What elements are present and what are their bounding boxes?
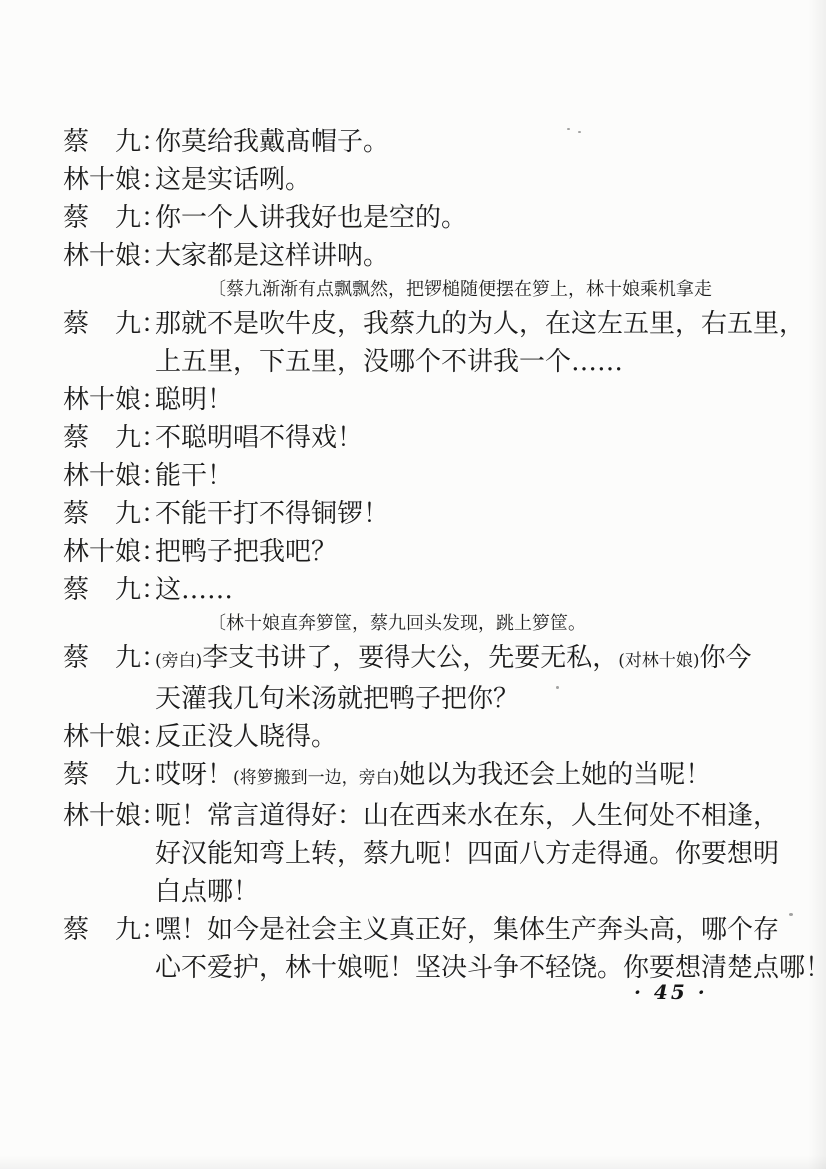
speaker-name: 蔡 九： xyxy=(63,123,167,161)
dialogue-turn: 蔡 九：哎呀！(将箩搬到一边，旁白)她以为我还会上她的当呢！ xyxy=(63,756,777,797)
line-rows: 大家都是这样讲呐。 xyxy=(155,237,777,275)
speech-text: 〔蔡九渐渐有点飘飘然，把锣槌随便摆在箩上，林十娘乘机拿走 xyxy=(208,279,712,300)
speaker-name: 蔡 九： xyxy=(63,911,167,949)
dialogue-text: 那就不是吹牛皮，我蔡九的为人，在这左五里，右五里， xyxy=(155,305,777,343)
dialogue-text: 天灌我几句米汤就把鸭子把你？ xyxy=(155,680,777,718)
dialogue-text: 好汉能知弯上转，蔡九呃！四面八方走得通。你要想明 xyxy=(155,835,777,873)
speech-text: 反正没人晓得。 xyxy=(155,722,337,752)
dialogue-text: 上五里，下五里，没哪个不讲我一个…… xyxy=(155,343,777,381)
line-rows: 那就不是吹牛皮，我蔡九的为人，在这左五里，右五里，上五里，下五里，没哪个不讲我一… xyxy=(155,305,777,381)
dialogue-text: 这…… xyxy=(155,571,777,609)
line-rows: 聪明！ xyxy=(155,381,777,419)
line-rows: 〔林十娘直奔箩筐，蔡九回头发现，跳上箩筐。 xyxy=(208,611,777,637)
dialogue-turn: 林十娘：大家都是这样讲呐。 xyxy=(63,237,777,275)
dialogue-text: 嘿！如今是社会主义真正好，集体生产奔头高，哪个存 xyxy=(155,911,777,949)
dialogue-turn: 林十娘：呃！常言道得好：山在西来水在东，人生何处不相逢，好汉能知弯上转，蔡九呃！… xyxy=(63,797,777,911)
speaker-name: 蔡 九： xyxy=(63,419,167,457)
dialogue-turn: 蔡 九：这…… xyxy=(63,571,777,609)
dialogue-turn: 蔡 九：(旁白)李支书讲了，要得大公，先要无私，(对林十娘)你今天灌我几句米汤就… xyxy=(63,639,777,718)
scan-speck xyxy=(578,131,581,133)
speech-text: 不能干打不得铜锣！ xyxy=(155,499,389,529)
speaker-name: 蔡 九： xyxy=(63,495,167,533)
dialogue-text: 能干！ xyxy=(155,457,777,495)
speaker-name: 林十娘： xyxy=(63,381,167,419)
line-rows: 你一个人讲我好也是空的。 xyxy=(155,199,777,237)
stage-direction: 〔林十娘直奔箩筐，蔡九回头发现，跳上箩筐。 xyxy=(208,611,777,637)
speech-text: 〔林十娘直奔箩筐，蔡九回头发现，跳上箩筐。 xyxy=(208,613,586,634)
dialogue-text: 哎呀！(将箩搬到一边，旁白)她以为我还会上她的当呢！ xyxy=(155,756,777,797)
line-rows: 嘿！如今是社会主义真正好，集体生产奔头高，哪个存心不爱护，林十娘呃！坚决斗争不轻… xyxy=(155,911,777,987)
dialogue-turn: 林十娘：能干！ xyxy=(63,457,777,495)
speech-text: 那就不是吹牛皮，我蔡九的为人，在这左五里，右五里， xyxy=(155,309,805,339)
dialogue-text: 你一个人讲我好也是空的。 xyxy=(155,199,777,237)
scan-speck xyxy=(789,913,793,916)
dialogue-text: (旁白)李支书讲了，要得大公，先要无私，(对林十娘)你今 xyxy=(155,639,777,680)
speech-text: 这是实话咧。 xyxy=(155,165,311,195)
inline-stage-note: (将箩搬到一边，旁白) xyxy=(233,768,399,788)
speech-text: 你莫给我戴髙帽子。 xyxy=(155,127,389,157)
page-number: · 45 · xyxy=(634,980,708,1004)
line-rows: 这是实话咧。 xyxy=(155,161,777,199)
speech-text: 大家都是这样讲呐。 xyxy=(155,241,389,271)
speech-text: 你一个人讲我好也是空的。 xyxy=(155,203,467,233)
scanned-page: 蔡 九：你莫给我戴髙帽子。林十娘：这是实话咧。蔡 九：你一个人讲我好也是空的。林… xyxy=(0,0,826,1169)
dialogue-text: 不聪明唱不得戏！ xyxy=(155,419,777,457)
speech-text: 她以为我还会上她的当呢！ xyxy=(399,760,711,790)
speaker-name: 林十娘： xyxy=(63,237,167,275)
speaker-name: 蔡 九： xyxy=(63,756,167,794)
dialogue-text: 不能干打不得铜锣！ xyxy=(155,495,777,533)
dialogue-turn: 蔡 九：不能干打不得铜锣！ xyxy=(63,495,777,533)
dialogue-turn: 蔡 九：嘿！如今是社会主义真正好，集体生产奔头高，哪个存心不爱护，林十娘呃！坚决… xyxy=(63,911,777,987)
speech-text: 李支书讲了，要得大公，先要无私， xyxy=(202,643,618,673)
speaker-name: 林十娘： xyxy=(63,533,167,571)
script-body: 蔡 九：你莫给我戴髙帽子。林十娘：这是实话咧。蔡 九：你一个人讲我好也是空的。林… xyxy=(63,123,777,987)
line-rows: 〔蔡九渐渐有点飘飘然，把锣槌随便摆在箩上，林十娘乘机拿走 xyxy=(208,277,777,303)
speech-text: 天灌我几句米汤就把鸭子把你？ xyxy=(155,684,519,714)
dialogue-turn: 蔡 九：你莫给我戴髙帽子。 xyxy=(63,123,777,161)
dialogue-turn: 蔡 九：不聪明唱不得戏！ xyxy=(63,419,777,457)
dialogue-turn: 林十娘：反正没人晓得。 xyxy=(63,718,777,756)
line-rows: 你莫给我戴髙帽子。 xyxy=(155,123,777,161)
dialogue-turn: 林十娘：这是实话咧。 xyxy=(63,161,777,199)
speech-text: 呃！常言道得好：山在西来水在东，人生何处不相逢， xyxy=(155,801,779,831)
dialogue-text: 反正没人晓得。 xyxy=(155,718,777,756)
dialogue-turn: 林十娘：聪明！ xyxy=(63,381,777,419)
line-rows: 反正没人晓得。 xyxy=(155,718,777,756)
line-rows: 不能干打不得铜锣！ xyxy=(155,495,777,533)
speaker-name: 蔡 九： xyxy=(63,639,167,677)
dialogue-text: 白点哪！ xyxy=(155,873,777,911)
line-rows: (旁白)李支书讲了，要得大公，先要无私，(对林十娘)你今天灌我几句米汤就把鸭子把… xyxy=(155,639,777,718)
dialogue-text: 聪明！ xyxy=(155,381,777,419)
dialogue-text: 呃！常言道得好：山在西来水在东，人生何处不相逢， xyxy=(155,797,777,835)
line-rows: 呃！常言道得好：山在西来水在东，人生何处不相逢，好汉能知弯上转，蔡九呃！四面八方… xyxy=(155,797,777,911)
speaker-name: 蔡 九： xyxy=(63,305,167,343)
speaker-name: 蔡 九： xyxy=(63,571,167,609)
speech-text: 嘿！如今是社会主义真正好，集体生产奔头高，哪个存 xyxy=(155,915,779,945)
speaker-name: 林十娘： xyxy=(63,161,167,199)
scan-speck xyxy=(567,128,570,130)
line-rows: 这…… xyxy=(155,571,777,609)
line-rows: 能干！ xyxy=(155,457,777,495)
dialogue-turn: 林十娘：把鸭子把我吧？ xyxy=(63,533,777,571)
inline-stage-note: (对林十娘) xyxy=(618,651,699,671)
dialogue-text: 你莫给我戴髙帽子。 xyxy=(155,123,777,161)
line-rows: 哎呀！(将箩搬到一边，旁白)她以为我还会上她的当呢！ xyxy=(155,756,777,797)
speech-text: 心不爱护，林十娘呃！坚决斗争不轻饶。你要想清楚点哪！ xyxy=(155,953,826,983)
speaker-name: 蔡 九： xyxy=(63,199,167,237)
stage-text: 〔林十娘直奔箩筐，蔡九回头发现，跳上箩筐。 xyxy=(208,611,777,637)
speech-text: 上五里，下五里，没哪个不讲我一个…… xyxy=(155,347,623,377)
dialogue-text: 这是实话咧。 xyxy=(155,161,777,199)
speech-text: 你今 xyxy=(700,643,752,673)
dialogue-turn: 蔡 九：你一个人讲我好也是空的。 xyxy=(63,199,777,237)
dialogue-text: 大家都是这样讲呐。 xyxy=(155,237,777,275)
speaker-name: 林十娘： xyxy=(63,797,167,835)
speaker-name: 林十娘： xyxy=(63,718,167,756)
speech-text: 好汉能知弯上转，蔡九呃！四面八方走得通。你要想明 xyxy=(155,839,779,869)
dialogue-text: 把鸭子把我吧？ xyxy=(155,533,777,571)
stage-direction: 〔蔡九渐渐有点飘飘然，把锣槌随便摆在箩上，林十娘乘机拿走 xyxy=(208,277,777,303)
stage-text: 〔蔡九渐渐有点飘飘然，把锣槌随便摆在箩上，林十娘乘机拿走 xyxy=(208,277,777,303)
dialogue-turn: 蔡 九：那就不是吹牛皮，我蔡九的为人，在这左五里，右五里，上五里，下五里，没哪个… xyxy=(63,305,777,381)
line-rows: 不聪明唱不得戏！ xyxy=(155,419,777,457)
line-rows: 把鸭子把我吧？ xyxy=(155,533,777,571)
speech-text: 把鸭子把我吧？ xyxy=(155,537,337,567)
speaker-name: 林十娘： xyxy=(63,457,167,495)
scan-speck xyxy=(556,686,559,689)
speech-text: 不聪明唱不得戏！ xyxy=(155,423,363,453)
speech-text: 白点哪！ xyxy=(155,877,259,907)
